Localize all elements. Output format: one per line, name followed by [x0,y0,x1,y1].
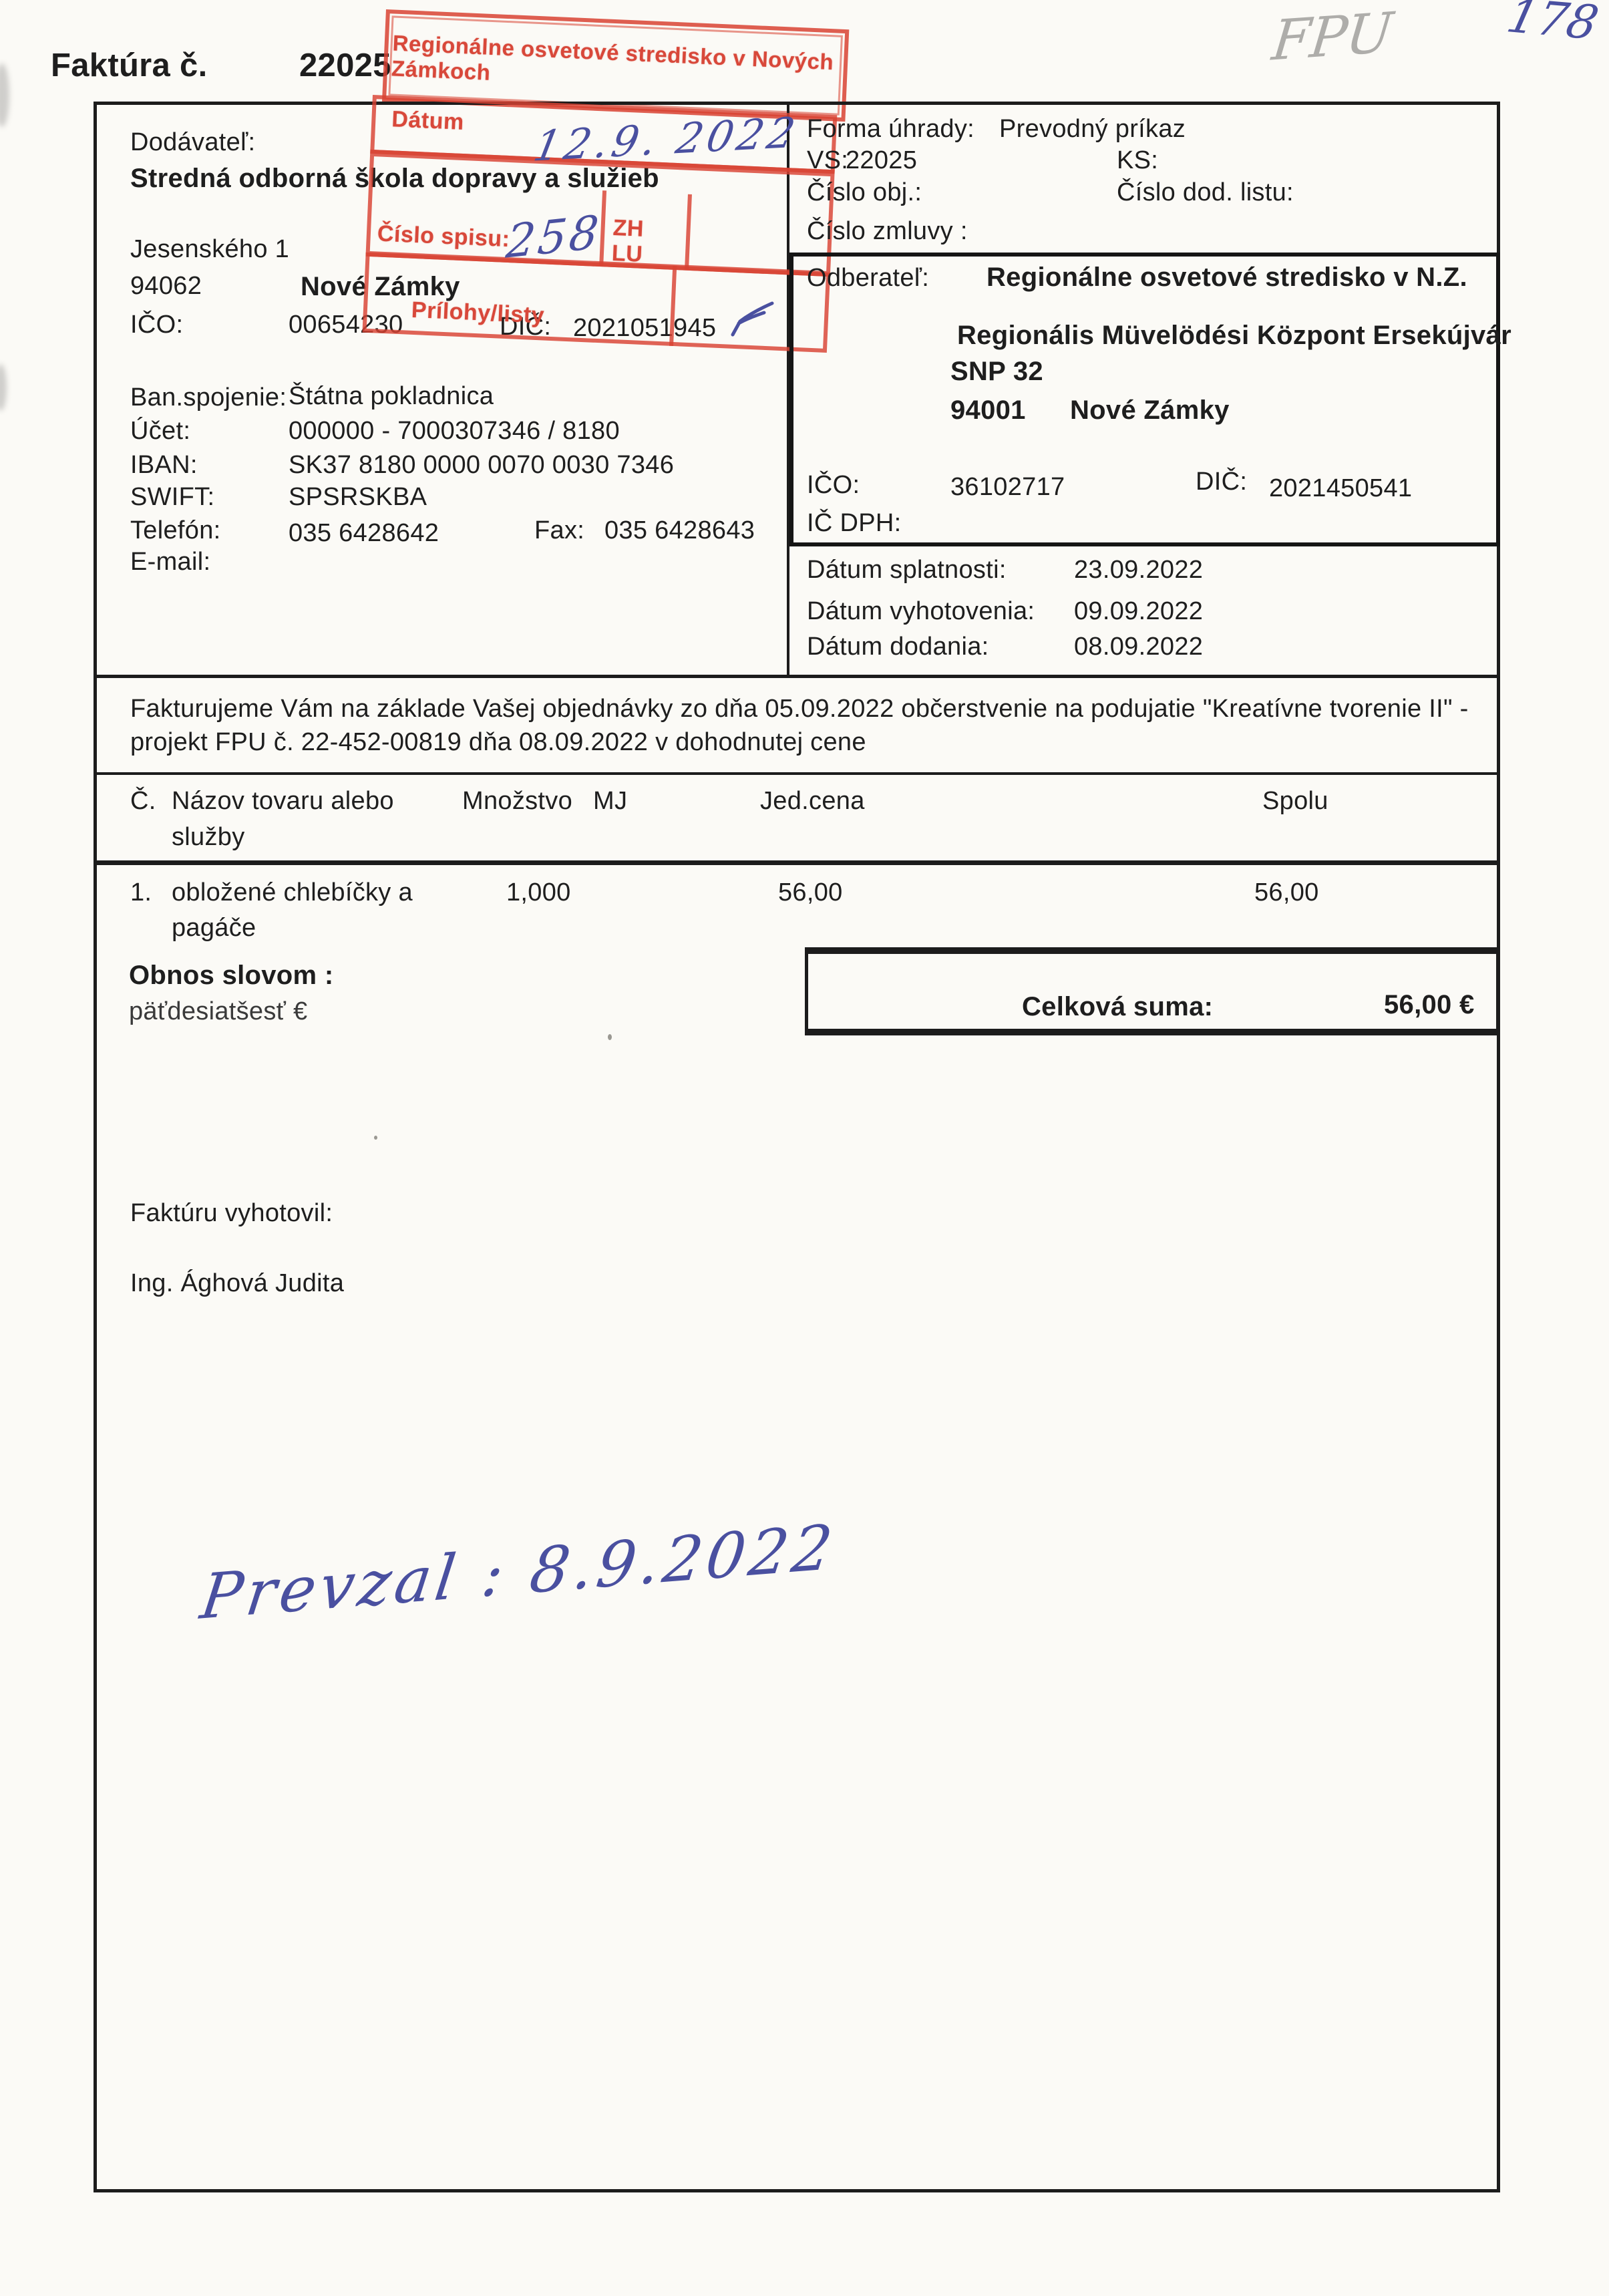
supplier-label: Dodávateľ: [130,128,255,157]
scan-smudge [0,63,9,127]
scanned-invoice-page: Faktúra č. 22025 FPU 178 Regionálne osve… [0,0,1609,2296]
table-row-item-line1: obložené chlebíčky a [172,878,413,907]
supplier-zip: 94062 [130,272,202,301]
supplier-bank-label: Ban.spojenie: [130,383,287,412]
supplier-fax-label: Fax: [534,516,584,545]
payment-form-label: Forma úhrady: [807,115,974,144]
payment-delivery-note-label: Číslo dod. listu: [1117,178,1294,207]
customer-zip: 94001 [950,395,1026,426]
supplier-iban-label: IBAN: [130,451,198,480]
table-row-unit-price: 56,00 [778,878,843,907]
due-date-value: 23.09.2022 [1074,556,1203,585]
amount-words-value: päťdesiatšesť € [129,997,308,1026]
payment-form-value: Prevodný príkaz [999,115,1186,144]
supplier-phone-value: 035 6428642 [289,519,439,548]
payment-vs-value: 22025 [846,146,917,175]
customer-label: Odberateľ: [807,264,929,293]
table-col-quantity: Množstvo [462,787,572,816]
customer-ico-value: 36102717 [950,473,1065,502]
total-value: 56,00 € [1384,990,1475,1020]
stamp-file-number-handwritten: 258 [504,206,603,269]
handwritten-checkmark [719,298,777,341]
customer-ico-label: IČO: [807,471,860,500]
supplier-account-value: 000000 - 7000307346 / 8180 [289,417,620,446]
separator-line [94,772,1500,775]
delivery-date-value: 08.09.2022 [1074,633,1203,661]
supplier-email-label: E-mail: [130,548,210,577]
issued-by-label: Faktúru vyhotovil: [130,1199,333,1228]
payment-vs-label: VS: [807,146,848,175]
table-header-double-rule [94,860,1500,865]
invoice-number: 22025 [299,47,391,84]
due-date-label: Dátum splatnosti: [807,556,1007,585]
supplier-swift-value: SPSRSKBA [289,483,427,512]
supplier-street: Jesenského 1 [130,235,289,264]
registry-stamp-lu-label: LU [611,240,643,268]
table-col-name-line2: služby [172,823,245,852]
customer-dic-value: 2021450541 [1269,474,1412,503]
intro-line2: projekt FPU č. 22-452-00819 dňa 08.09.20… [130,728,866,757]
table-col-unit-price: Jed.cena [760,787,865,816]
issue-date-label: Dátum vyhotovenia: [807,597,1035,626]
customer-name2: Regionális Müvelödési Központ Ersekújvár [957,321,1511,351]
payment-ks-label: KS: [1117,146,1158,175]
customer-street: SNP 32 [950,357,1043,387]
amount-words-label: Obnos slovom : [129,961,333,991]
customer-city: Nové Zámky [1070,395,1230,426]
table-col-number: Č. [130,787,156,816]
issued-by-name: Ing. Ághová Judita [130,1269,344,1298]
organization-stamp-text: Regionálne osvetové stredisko v Nových Z… [391,30,840,100]
supplier-iban-value: SK37 8180 0000 0070 0030 7346 [289,451,674,480]
customer-icdph-label: IČ DPH: [807,509,901,538]
supplier-ico-label: IČO: [130,311,183,339]
invoice-title-label: Faktúra č. [51,47,207,84]
table-col-name-line1: Názov tovaru alebo [172,787,394,816]
supplier-swift-label: SWIFT: [130,483,214,512]
supplier-account-label: Účet: [130,417,190,446]
registry-stamp-zh-label: ZH [612,215,645,242]
customer-name: Regionálne osvetové stredisko v N.Z. [987,263,1467,293]
table-row-total: 56,00 [1254,878,1319,907]
separator-line [94,675,1500,678]
page-number-handwritten: 178 [1502,0,1604,50]
table-row-quantity: 1,000 [506,878,571,907]
customer-dic-label: DIČ: [1196,468,1247,496]
pencil-note: FPU [1269,1,1395,73]
supplier-phone-label: Telefón: [130,516,221,545]
supplier-bank-value: Štátna pokladnica [289,382,494,411]
delivery-date-label: Dátum dodania: [807,633,989,661]
intro-line1: Fakturujeme Vám na základe Vašej objedná… [130,695,1469,723]
payment-contract-number-label: Číslo zmluvy : [807,217,968,246]
table-row-item-line2: pagáče [172,914,256,943]
supplier-fax-value: 035 6428643 [604,516,755,545]
total-label: Celková suma: [1022,992,1213,1022]
scan-smudge [0,364,7,411]
issue-date-value: 09.09.2022 [1074,597,1203,626]
table-col-total: Spolu [1262,787,1328,816]
table-col-unit: MJ [593,787,627,816]
registry-stamp-datum-label: Dátum [391,106,465,136]
payment-order-number-label: Číslo obj.: [807,178,922,207]
table-row-number: 1. [130,878,152,907]
